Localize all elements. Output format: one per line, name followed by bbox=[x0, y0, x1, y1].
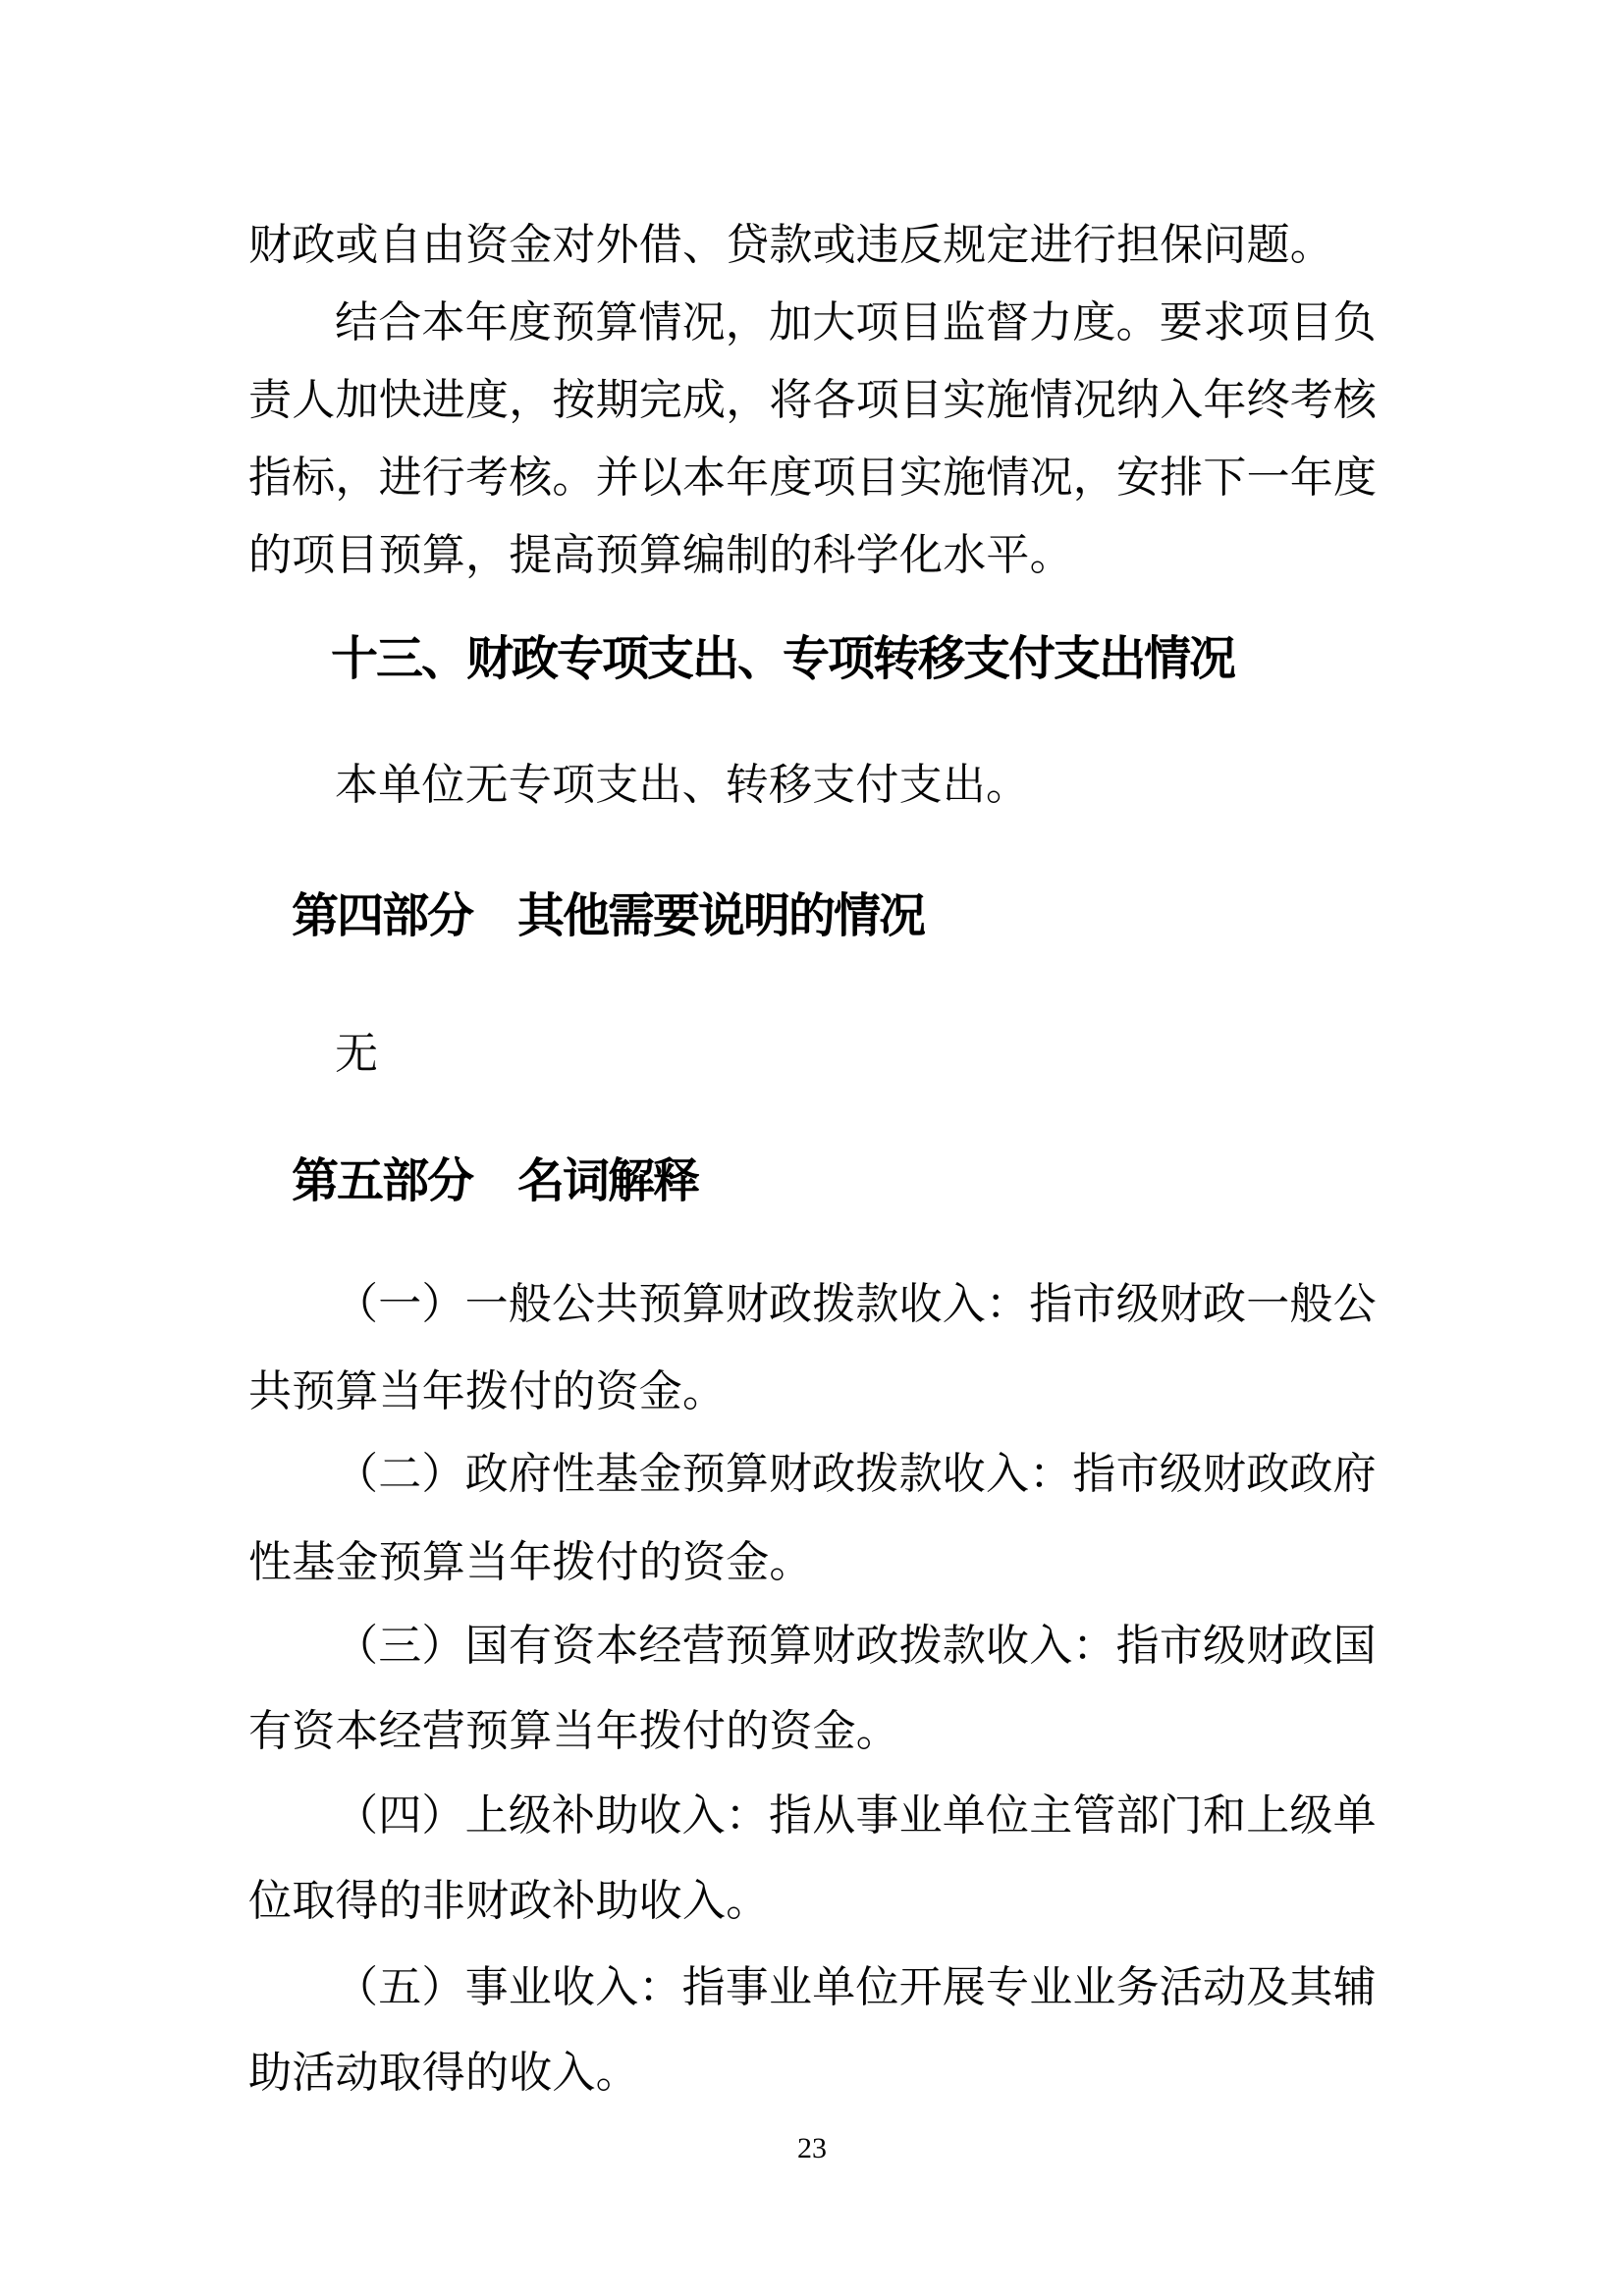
paragraph-line: 责人加快进度，按期完成，将各项目实施情况纳入年终考核 bbox=[248, 379, 1377, 422]
paragraph-line: 指标，进行考核。并以本年度项目实施情况，安排下一年度 bbox=[248, 456, 1377, 500]
definition-line: （四）上级补助收入：指从事业单位主管部门和上级单 bbox=[335, 1794, 1377, 1838]
section-heading-13: 十三、财政专项支出、专项转移支付支出情况 bbox=[331, 636, 1234, 683]
paragraph-line: 的项目预算，提高预算编制的科学化水平。 bbox=[248, 534, 1073, 577]
paragraph-line: 无 bbox=[335, 1033, 378, 1076]
definition-line: 有资本经营预算当年拨付的资金。 bbox=[248, 1710, 899, 1753]
definition-line: 性基金预算当年拨付的资金。 bbox=[248, 1541, 813, 1584]
definition-line: （一）一般公共预算财政拨款收入：指市级财政一般公 bbox=[335, 1283, 1377, 1326]
definition-line: 共预算当年拨付的资金。 bbox=[248, 1370, 726, 1414]
definition-line: （二）政府性基金预算财政拨款收入：指市级财政政府 bbox=[335, 1453, 1377, 1496]
paragraph-line: 结合本年度预算情况，加大项目监督力度。要求项目负 bbox=[335, 301, 1377, 345]
page-number: 23 bbox=[0, 2134, 1624, 2163]
part-heading-4: 第四部分 其他需要说明的情况 bbox=[292, 893, 924, 940]
paragraph-line: 本单位无专项支出、转移支付支出。 bbox=[335, 764, 1029, 807]
part-heading-5: 第五部分 名词解释 bbox=[292, 1158, 698, 1205]
definition-line: 助活动取得的收入。 bbox=[248, 2052, 639, 2095]
definition-line: （三）国有资本经营预算财政拨款收入：指市级财政国 bbox=[335, 1625, 1377, 1668]
paragraph-line: 财政或自由资金对外借、贷款或违反规定进行担保问题。 bbox=[248, 224, 1333, 267]
document-page: 财政或自由资金对外借、贷款或违反规定进行担保问题。 结合本年度预算情况，加大项目… bbox=[0, 0, 1624, 2296]
definition-line: （五）事业收入：指事业单位开展专业业务活动及其辅 bbox=[335, 1966, 1377, 2009]
definition-line: 位取得的非财政补助收入。 bbox=[248, 1880, 769, 1923]
